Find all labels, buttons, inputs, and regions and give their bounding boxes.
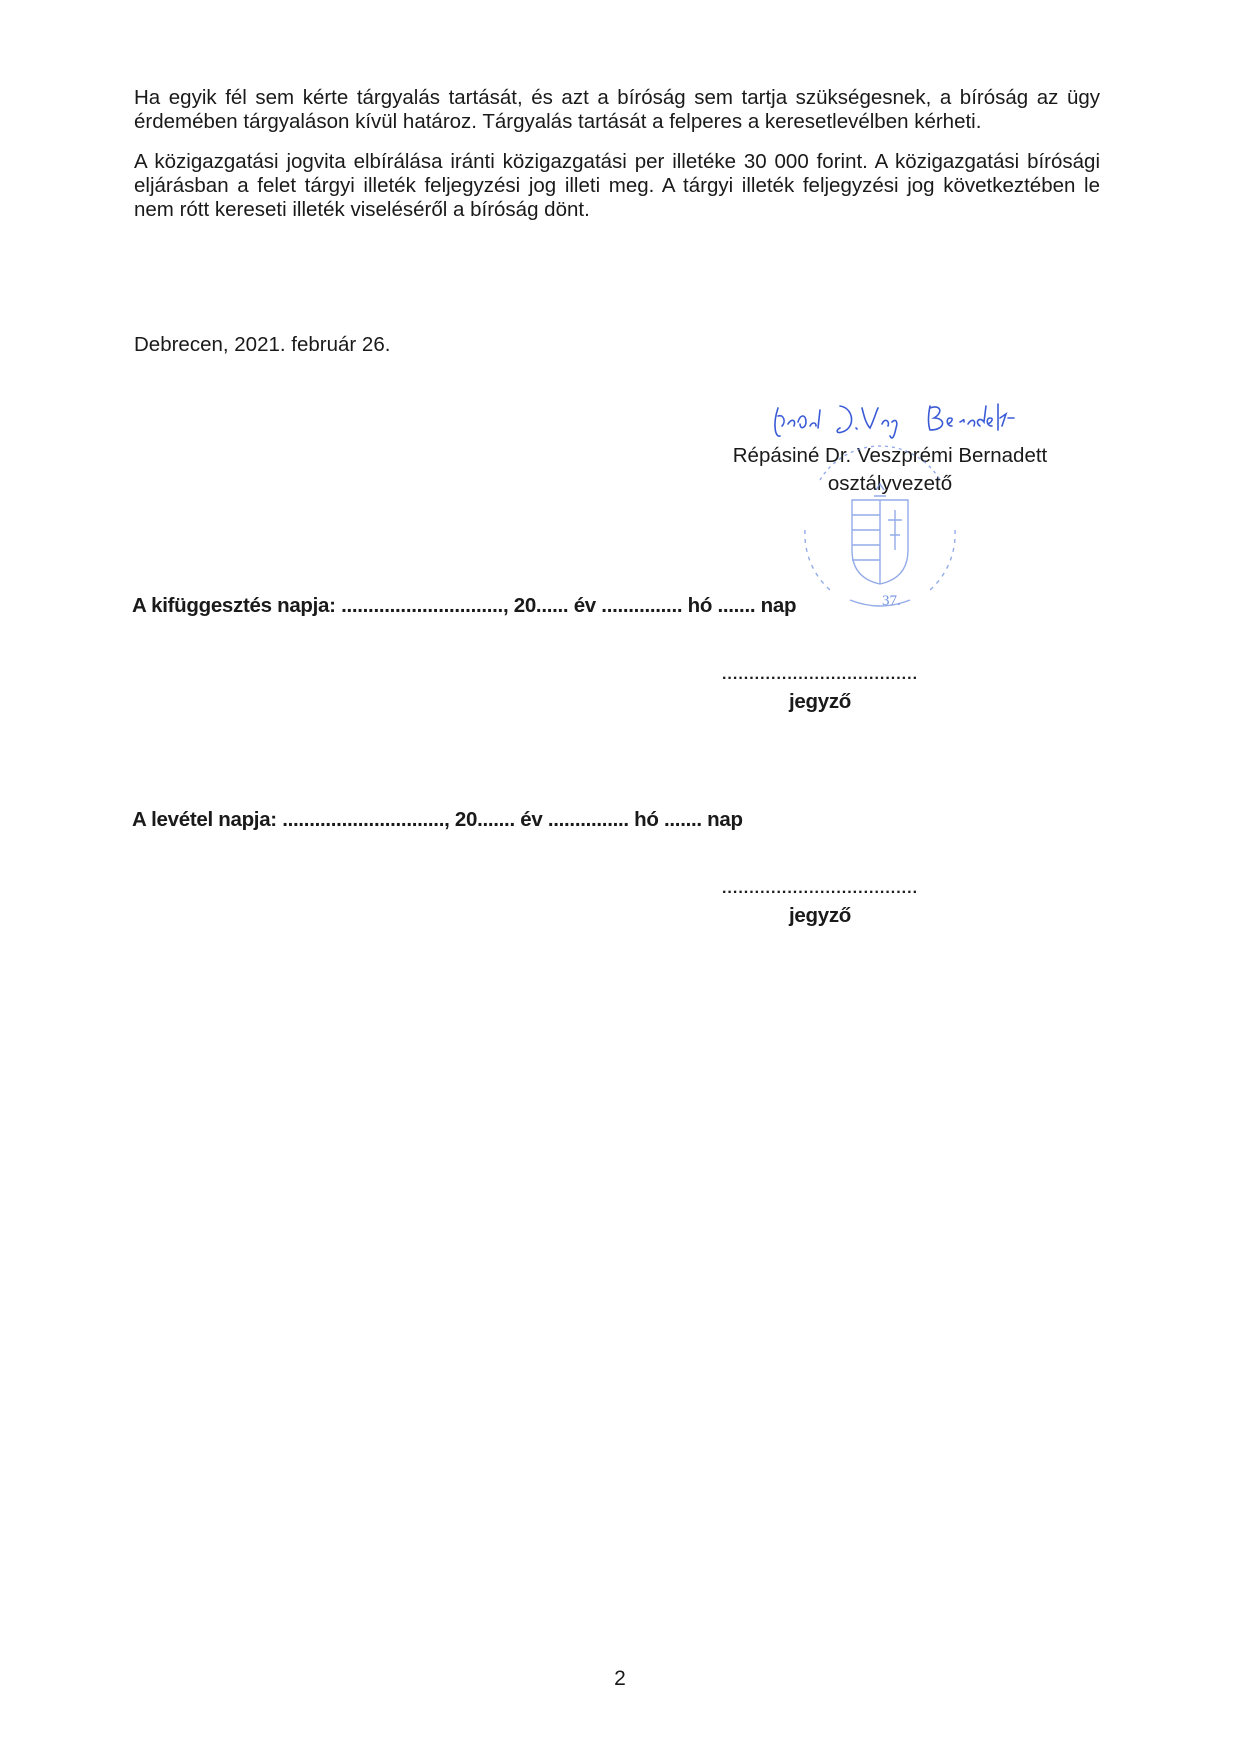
paragraph-fee: A közigazgatási jogvita elbírálása iránt… [134, 150, 1100, 222]
posting-signatory-role: jegyző [660, 690, 980, 714]
stamp-number: 37. [882, 593, 901, 609]
removal-date-line: A levétel napja: .......................… [132, 808, 743, 832]
removal-signatory-role: jegyző [660, 904, 980, 928]
page-number: 2 [0, 1667, 1240, 1691]
place-date: Debrecen, 2021. február 26. [134, 333, 390, 357]
posting-signature-dots: .................................... [660, 666, 980, 684]
paragraph-hearing: Ha egyik fél sem kérte tárgyalás tartásá… [134, 86, 1100, 134]
posting-date-line: A kifüggesztés napja: ..................… [132, 594, 796, 618]
handwritten-signature [770, 396, 1030, 446]
removal-signature-dots: .................................... [660, 880, 980, 898]
official-stamp: 37. [790, 440, 970, 615]
